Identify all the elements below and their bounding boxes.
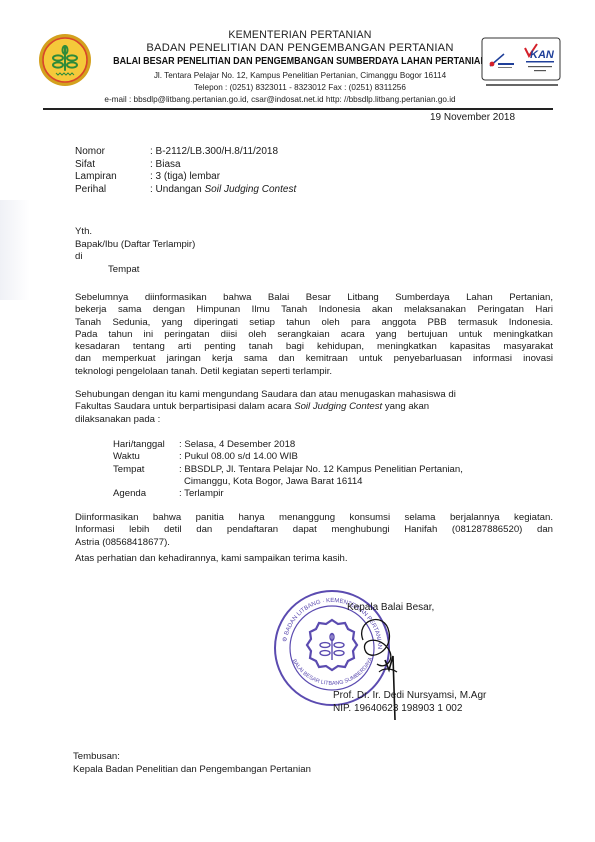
meta-row-nomor: Nomor: B-2112/LB.300/H.8/11/2018: [75, 146, 296, 159]
kan-accreditation-icon: KAN: [480, 36, 564, 88]
closing-sentence: Atas perhatian dan kehadirannya, kami sa…: [75, 553, 348, 565]
event-row-place: Tempat: BBSDLP, Jl. Tentara Pelajar No. …: [113, 464, 553, 476]
letter-date: 19 November 2018: [430, 112, 515, 123]
meta-row-lampiran: Lampiran: 3 (tiga) lembar: [75, 171, 296, 184]
cc-label: Tembusan:: [73, 750, 311, 763]
recipient-name: Bapak/Ibu (Daftar Terlampir): [75, 239, 195, 252]
svg-text:KAN: KAN: [530, 49, 555, 61]
recipient-place: Tempat: [75, 264, 195, 277]
event-place-line2: Cimanggu, Kota Bogor, Jawa Barat 16114: [113, 476, 553, 488]
recipient-at: di: [75, 251, 195, 264]
meta-row-perihal: Perihal: Undangan Soil Judging Contest: [75, 184, 296, 197]
event-row-time: Waktu: Pukul 08.00 s/d 14.00 WIB: [113, 451, 553, 463]
signatory-nip: NIP. 19640623 198903 1 002: [333, 703, 462, 714]
cc-item: Kepala Badan Penelitian dan Pengembangan…: [73, 763, 311, 776]
phone-fax: Telepon : (0251) 8323011 - 8323012 Fax :…: [100, 83, 500, 92]
event-row-date: Hari/tanggal: Selasa, 4 Desember 2018: [113, 439, 553, 451]
letter-meta: Nomor: B-2112/LB.300/H.8/11/2018 Sifat: …: [75, 146, 296, 196]
institute-name: BALAI BESAR PENELITIAN DAN PENGEMBANGAN …: [111, 56, 489, 67]
event-details: Hari/tanggal: Selasa, 4 Desember 2018 Wa…: [113, 439, 553, 500]
signatory-name: Prof. Dr. Ir. Dedi Nursyamsi, M.Agr: [333, 690, 486, 701]
body-paragraph-2: Sehubungan dengan itu kami mengundang Sa…: [75, 389, 553, 426]
contact-line: e-mail : bbsdlp@litbang.pertanian.go.id,…: [60, 95, 500, 104]
recipient-salutation: Yth.: [75, 226, 195, 239]
event-row-agenda: Agenda: Terlampir: [113, 488, 553, 500]
address: Jl. Tentara Pelajar No. 12, Kampus Penel…: [100, 71, 500, 80]
meta-row-sifat: Sifat: Biasa: [75, 159, 296, 172]
cc-block: Tembusan: Kepala Badan Penelitian dan Pe…: [73, 750, 311, 776]
scan-shadow: [0, 200, 30, 300]
body-paragraph-1: Sebelumnya diinformasikan bahwa Balai Be…: [75, 292, 553, 378]
body-paragraph-3: Diinformasikan bahwa panitia hanya menan…: [75, 512, 553, 549]
kementan-logo-icon: [37, 32, 93, 88]
agency-name: BADAN PENELITIAN DAN PENGEMBANGAN PERTAN…: [100, 42, 500, 54]
ministry-name: KEMENTERIAN PERTANIAN: [120, 29, 480, 41]
letterhead-divider: [43, 108, 553, 110]
recipient-block: Yth. Bapak/Ibu (Daftar Terlampir) di Tem…: [75, 226, 195, 276]
